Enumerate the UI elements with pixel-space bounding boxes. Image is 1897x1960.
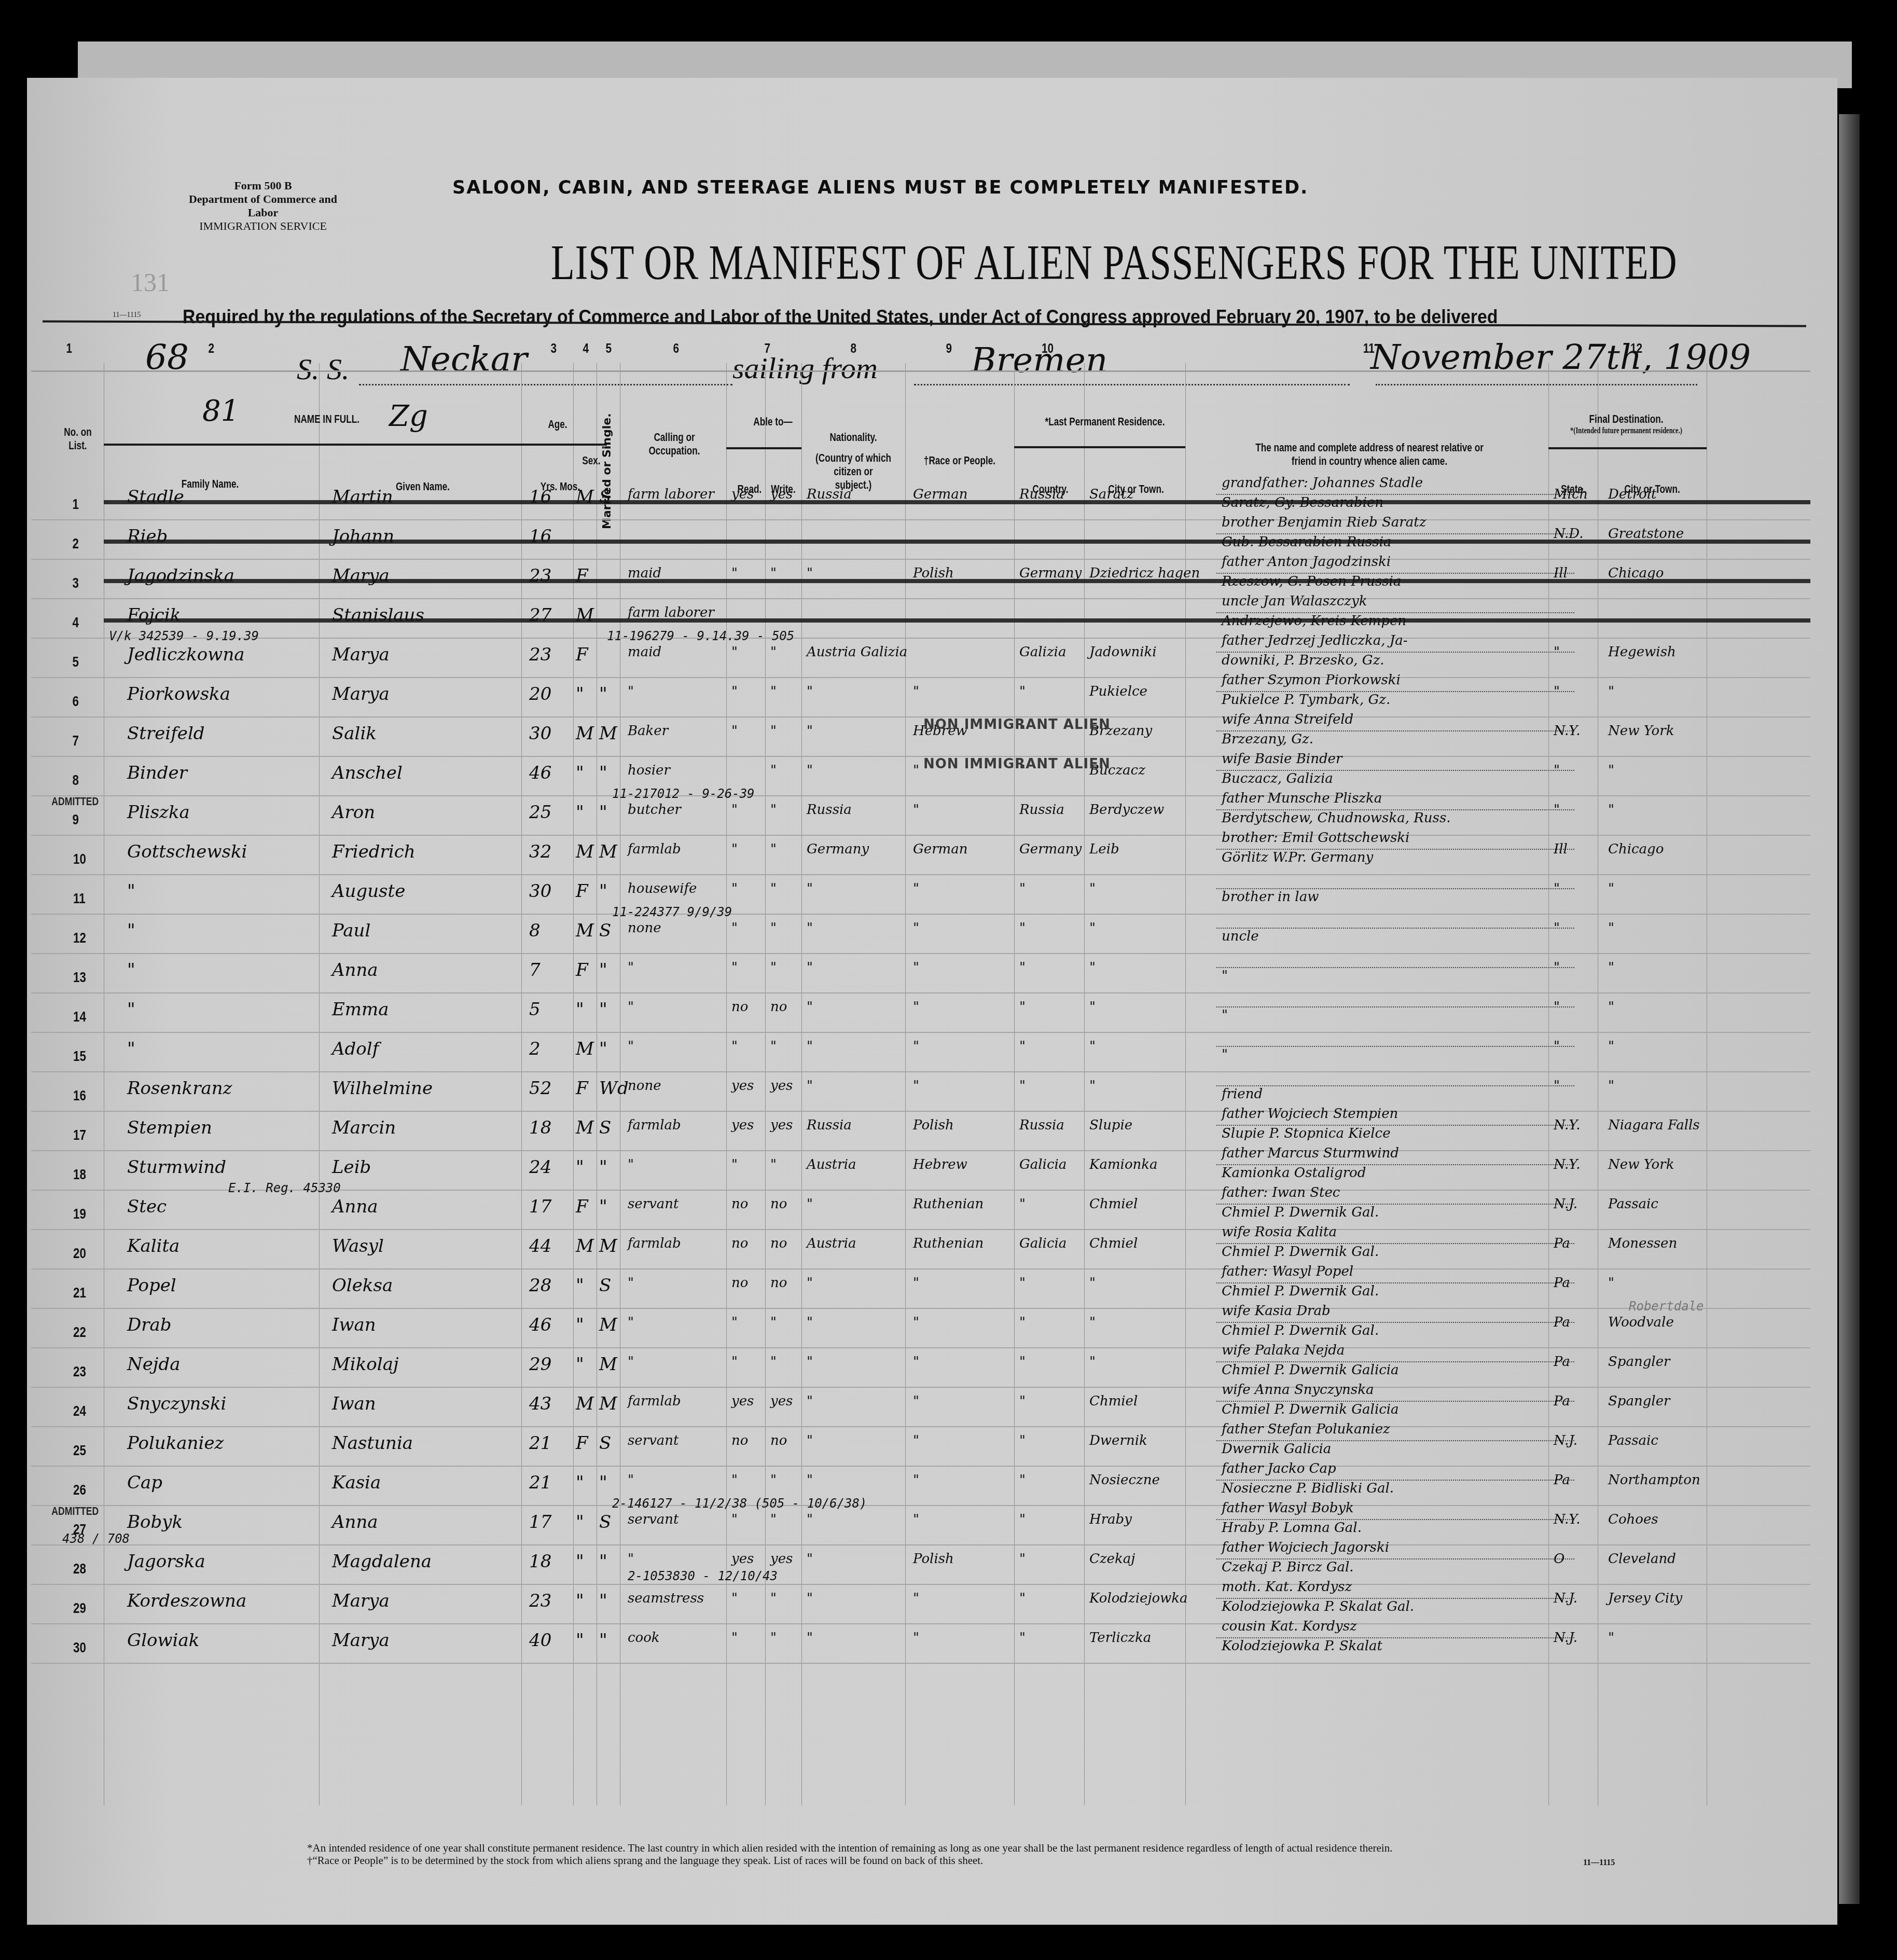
table-row: 15 " Adolf 2 M " " " " " " " " " " " bbox=[31, 1034, 1810, 1072]
family-name: Nejda bbox=[127, 1354, 180, 1375]
destination-state: " bbox=[1554, 1078, 1560, 1094]
row-number: 13 bbox=[73, 969, 86, 986]
occupation: maid bbox=[628, 565, 661, 581]
row-number: 9 bbox=[73, 811, 79, 828]
faint-page-stamp: 131 bbox=[131, 267, 170, 297]
occupation: Baker bbox=[628, 723, 668, 739]
age: 23 bbox=[529, 565, 551, 586]
row-number: 22 bbox=[73, 1324, 86, 1341]
residence-city: Chmiel bbox=[1089, 1196, 1138, 1212]
column-number: 3 bbox=[550, 340, 557, 356]
row-number: 1 bbox=[73, 496, 79, 513]
column-number: 2 bbox=[208, 340, 214, 356]
can-write: no bbox=[770, 1236, 787, 1251]
relative-address: Brzezany, Gz. bbox=[1222, 731, 1313, 747]
given-name: Mikolaj bbox=[332, 1354, 398, 1375]
residence-country: " bbox=[1019, 1039, 1026, 1054]
department-name: Department of Commerce and Labor bbox=[175, 192, 351, 219]
residence-city: " bbox=[1089, 1354, 1096, 1370]
marital-status: " bbox=[599, 684, 607, 705]
age: 43 bbox=[529, 1393, 551, 1414]
race-or-people: " bbox=[913, 763, 919, 778]
occupation: none bbox=[628, 920, 661, 936]
family-name: Jagodzinska bbox=[127, 565, 234, 586]
sex: M bbox=[576, 1393, 594, 1414]
age: 18 bbox=[529, 1551, 551, 1572]
occupation: " bbox=[628, 960, 634, 975]
destination-state: Ill bbox=[1554, 841, 1568, 857]
can-read: " bbox=[731, 1354, 738, 1370]
given-name: Aron bbox=[332, 802, 375, 823]
destination-state: " bbox=[1554, 881, 1560, 896]
family-name: Stadle bbox=[127, 487, 184, 507]
destination-state: Ill bbox=[1554, 565, 1568, 581]
can-read: yes bbox=[731, 1117, 754, 1133]
can-write: " bbox=[770, 1591, 777, 1606]
residence-city: Chmiel bbox=[1089, 1393, 1138, 1409]
relative-address: Pukielce P. Tymbark, Gz. bbox=[1222, 692, 1390, 708]
table-row: 21 Popel Oleksa 28 " S " no no " " " " f… bbox=[31, 1271, 1810, 1309]
family-name: Polukaniez bbox=[127, 1433, 224, 1454]
marital-status: S bbox=[599, 1433, 611, 1454]
relative-address: Czekaj P. Bircz Gal. bbox=[1222, 1559, 1354, 1575]
destination-state: N.J. bbox=[1554, 1433, 1577, 1448]
residence-city: " bbox=[1089, 920, 1096, 936]
sex: M bbox=[576, 1236, 594, 1257]
table-row: 11 " Auguste 30 F " housewife " " " " " … bbox=[31, 877, 1810, 915]
marital-status: M bbox=[599, 1236, 617, 1257]
age: 25 bbox=[529, 802, 551, 823]
destination-city: " bbox=[1608, 763, 1614, 778]
race-or-people: " bbox=[913, 999, 919, 1015]
given-name: Leib bbox=[332, 1157, 371, 1178]
form-identification: Form 500 B Department of Commerce and La… bbox=[175, 179, 351, 233]
destination-city: " bbox=[1608, 920, 1614, 936]
can-read: " bbox=[731, 684, 738, 699]
column-number: 7 bbox=[764, 340, 770, 356]
can-read: " bbox=[731, 841, 738, 857]
occupation: " bbox=[628, 1157, 634, 1172]
row-number: 28 bbox=[73, 1561, 86, 1577]
marital-status: S bbox=[599, 487, 611, 507]
can-read: " bbox=[731, 920, 738, 936]
residence-country: Germany bbox=[1019, 565, 1082, 581]
race-or-people: " bbox=[913, 802, 919, 818]
column-number-rule bbox=[31, 370, 1810, 372]
destination-city: " bbox=[1608, 1039, 1614, 1054]
race-or-people: German bbox=[913, 487, 968, 502]
occupation: " bbox=[628, 1039, 634, 1054]
header-nationality: Nationality. bbox=[815, 431, 892, 444]
column-number: 11 bbox=[1363, 340, 1375, 356]
row-number: 8 bbox=[73, 772, 79, 789]
can-write: " bbox=[770, 723, 777, 739]
nationality: " bbox=[807, 723, 813, 739]
destination-city: " bbox=[1608, 684, 1614, 699]
row-annotation: E.I. Reg. 45330 bbox=[228, 1181, 341, 1195]
row-number: 4 bbox=[73, 614, 79, 631]
nationality: Russia bbox=[807, 487, 852, 502]
marital-status: " bbox=[599, 1472, 607, 1493]
residence-country: Russia bbox=[1019, 802, 1064, 818]
able-to-rule bbox=[726, 447, 801, 449]
sex: " bbox=[576, 1591, 584, 1611]
relative-address: Chmiel P. Dwernik Galicia bbox=[1222, 1362, 1399, 1378]
destination-city: Monessen bbox=[1608, 1236, 1677, 1251]
name-subheader-rule bbox=[104, 444, 607, 446]
relative-address: brother in law bbox=[1222, 889, 1319, 905]
occupation: " bbox=[628, 1551, 634, 1567]
race-or-people: " bbox=[913, 684, 919, 699]
nationality: Austria bbox=[807, 1157, 856, 1172]
table-row: 25 Polukaniez Nastunia 21 F S servant no… bbox=[31, 1429, 1810, 1467]
residence-country: " bbox=[1019, 881, 1026, 896]
age: 28 bbox=[529, 1275, 551, 1296]
family-name: Pliszka bbox=[127, 802, 190, 823]
sex: F bbox=[576, 565, 588, 586]
residence-city: " bbox=[1089, 960, 1096, 975]
age: 16 bbox=[529, 487, 551, 507]
relative-address: Dwernik Galicia bbox=[1222, 1441, 1331, 1457]
table-row: 5 Jedliczkowna Marya 23 F maid " " Austr… bbox=[31, 640, 1810, 678]
residence-city: Terliczka bbox=[1089, 1630, 1151, 1646]
can-write: " bbox=[770, 1315, 777, 1330]
relative-address: " bbox=[1222, 968, 1228, 984]
can-write: no bbox=[770, 999, 787, 1015]
can-write: " bbox=[770, 802, 777, 818]
nationality: " bbox=[807, 1315, 813, 1330]
residence-city: Kamionka bbox=[1089, 1157, 1158, 1172]
occupation: " bbox=[628, 684, 634, 699]
can-write: yes bbox=[770, 487, 793, 502]
relative-name: grandfather: Johannes Stadle bbox=[1222, 475, 1423, 491]
table-row: 8 Binder Anschel 46 " " hosier " " " " B… bbox=[31, 758, 1810, 796]
sex: F bbox=[576, 644, 588, 665]
given-name: Nastunia bbox=[332, 1433, 413, 1454]
nationality: " bbox=[807, 1630, 813, 1646]
can-write: yes bbox=[770, 1078, 793, 1094]
can-read: no bbox=[731, 1275, 748, 1291]
marital-status: S bbox=[599, 1117, 611, 1138]
relative-address: friend bbox=[1222, 1086, 1263, 1102]
can-write: " bbox=[770, 1630, 777, 1646]
table-row: 29 Kordeszowna Marya 23 " " seamstress "… bbox=[31, 1586, 1810, 1624]
row-number: 30 bbox=[73, 1639, 86, 1656]
manifest-warning: SALOON, CABIN, AND STEERAGE ALIENS MUST … bbox=[452, 177, 1417, 198]
column-number: 1 bbox=[66, 340, 72, 356]
race-or-people: " bbox=[913, 960, 919, 975]
race-or-people: " bbox=[913, 1591, 919, 1606]
family-name: Jedliczkowna bbox=[127, 644, 245, 665]
header-final-destination: Final Destination. bbox=[1568, 412, 1685, 426]
destination-state: " bbox=[1554, 960, 1560, 975]
sex: M bbox=[576, 605, 594, 626]
given-name: Paul bbox=[332, 920, 370, 941]
can-read: " bbox=[731, 1157, 738, 1172]
table-row: 22 Drab Iwan 46 " M " " " " " " " wife K… bbox=[31, 1310, 1810, 1348]
relative-dotted-line bbox=[1216, 928, 1574, 929]
residence-city: Pukielce bbox=[1089, 684, 1147, 699]
residence-city: " bbox=[1089, 881, 1096, 896]
sex: " bbox=[576, 999, 584, 1020]
table-row: 28 Jagorska Magdalena 18 " " " yes yes "… bbox=[31, 1547, 1810, 1585]
row-annotation: 11-196279 - 9.14.39 - 505 bbox=[607, 629, 794, 643]
row-number: 7 bbox=[73, 733, 79, 749]
relative-name: wife Basie Binder bbox=[1222, 751, 1342, 767]
table-row: 14 " Emma 5 " " " no no " " " " " " " bbox=[31, 995, 1810, 1033]
family-name: Binder bbox=[127, 763, 187, 783]
footer-notes: *An intended residence of one year shall… bbox=[307, 1842, 1708, 1867]
given-name: Marya bbox=[332, 684, 390, 705]
marital-status: " bbox=[599, 1591, 607, 1611]
family-name: Rosenkranz bbox=[127, 1078, 232, 1099]
family-name: Sturmwind bbox=[127, 1157, 226, 1178]
can-write: " bbox=[770, 1512, 777, 1527]
header-nearest-relative: The name and complete address of nearest… bbox=[1252, 441, 1487, 468]
destination-city: " bbox=[1608, 802, 1614, 818]
nationality: Germany bbox=[807, 841, 869, 857]
can-write: " bbox=[770, 960, 777, 975]
relative-address: downiki, P. Brzesko, Gz. bbox=[1222, 653, 1384, 668]
age: 44 bbox=[529, 1236, 551, 1257]
family-name: Jagorska bbox=[127, 1551, 205, 1572]
age: 46 bbox=[529, 763, 551, 783]
residence-city: Saratz bbox=[1089, 487, 1133, 502]
given-name: Anna bbox=[332, 1196, 378, 1217]
can-read: yes bbox=[731, 1393, 754, 1409]
nationality: " bbox=[807, 1354, 813, 1370]
row-annotation-left: V/k 342539 - 9.19.39 bbox=[109, 629, 259, 643]
destination-city: " bbox=[1608, 1275, 1614, 1291]
race-or-people: Polish bbox=[913, 1117, 954, 1133]
given-name: Oleksa bbox=[332, 1275, 393, 1296]
occupation: " bbox=[628, 1275, 634, 1291]
can-write: yes bbox=[770, 1551, 793, 1567]
marital-status: " bbox=[599, 1196, 607, 1217]
nationality: Austria bbox=[807, 1236, 856, 1251]
occupation: farmlab bbox=[628, 1236, 681, 1251]
header-calling-occupation: Calling or Occupation. bbox=[642, 431, 707, 458]
occupation: farm laborer bbox=[628, 487, 714, 502]
relative-name: father Stefan Polukaniez bbox=[1222, 1421, 1390, 1437]
destination-city: Passaic bbox=[1608, 1196, 1658, 1212]
non-immigrant-stamp: NON IMMIGRANT ALIEN bbox=[923, 717, 1111, 733]
race-or-people: " bbox=[913, 1472, 919, 1488]
nationality: " bbox=[807, 565, 813, 581]
sex: F bbox=[576, 1196, 588, 1217]
residence-country: " bbox=[1019, 1354, 1026, 1370]
header-final-destination-sub: *(Intended future permanent residence.) bbox=[1568, 426, 1685, 436]
sex: " bbox=[576, 1275, 584, 1296]
can-write: " bbox=[770, 644, 777, 660]
family-name: Snyczynski bbox=[127, 1393, 226, 1414]
can-read: " bbox=[731, 960, 738, 975]
destination-state: N.D. bbox=[1554, 526, 1584, 542]
destination-city: " bbox=[1608, 881, 1614, 896]
relative-address: Chmiel P. Dwernik Gal. bbox=[1222, 1323, 1379, 1338]
nationality: " bbox=[807, 999, 813, 1015]
residence-country: " bbox=[1019, 1275, 1026, 1291]
race-or-people: " bbox=[913, 1275, 919, 1291]
race-or-people: Polish bbox=[913, 565, 954, 581]
row-number: 20 bbox=[73, 1245, 86, 1262]
destination-state: " bbox=[1554, 999, 1560, 1015]
sex: M bbox=[576, 920, 594, 941]
relative-address: Nosieczne P. Bidliski Gal. bbox=[1222, 1481, 1394, 1496]
header-no-on-list: No. on List. bbox=[58, 425, 98, 452]
occupation: " bbox=[628, 999, 634, 1015]
occupation: housewife bbox=[628, 881, 697, 896]
family-name: " bbox=[127, 881, 135, 902]
destination-state: " bbox=[1554, 644, 1560, 660]
age: 27 bbox=[529, 605, 551, 626]
row-number: 17 bbox=[73, 1127, 86, 1143]
destination-state: O bbox=[1554, 1551, 1564, 1567]
nationality: Russia bbox=[807, 1117, 852, 1133]
marital-status: " bbox=[599, 1157, 607, 1178]
sex: " bbox=[576, 1472, 584, 1493]
relative-address: Görlitz W.Pr. Germany bbox=[1222, 850, 1373, 865]
destination-city: " bbox=[1608, 1630, 1614, 1646]
table-row: 30 Glowiak Marya 40 " " cook " " " " " T… bbox=[31, 1626, 1810, 1664]
residence-country: " bbox=[1019, 1078, 1026, 1094]
destination-state: Pa bbox=[1554, 1315, 1570, 1330]
table-row: 10 Gottschewski Friedrich 32 M M farmlab… bbox=[31, 837, 1810, 875]
row-annotation: 2-146127 - 11/2/38 (505 - 10/6/38) bbox=[612, 1496, 867, 1511]
can-read: " bbox=[731, 644, 738, 660]
occupation: farmlab bbox=[628, 841, 681, 857]
marital-status: M bbox=[599, 1354, 617, 1375]
occupation: farmlab bbox=[628, 1393, 681, 1409]
relative-address: uncle bbox=[1222, 929, 1259, 944]
destination-city: Jersey City bbox=[1608, 1591, 1682, 1606]
occupation: hosier bbox=[628, 763, 670, 778]
residence-city: " bbox=[1089, 1275, 1096, 1291]
marital-status: " bbox=[599, 763, 607, 783]
sex: F bbox=[576, 881, 588, 902]
destination-state: " bbox=[1554, 802, 1560, 818]
column-number: 10 bbox=[1042, 340, 1054, 356]
final-destination-rule bbox=[1548, 447, 1707, 449]
destination-city: Woodvale bbox=[1608, 1315, 1674, 1330]
relative-name: father Wasyl Bobyk bbox=[1222, 1500, 1354, 1516]
marital-status: M bbox=[599, 1315, 617, 1335]
can-write: " bbox=[770, 1354, 777, 1370]
destination-city: Detroit bbox=[1608, 487, 1657, 502]
destination-city: Northampton bbox=[1608, 1472, 1700, 1488]
relative-name: brother: Emil Gottschewski bbox=[1222, 830, 1409, 846]
header-race-or-people: †Race or People. bbox=[919, 454, 1000, 467]
nationality: " bbox=[807, 1039, 813, 1054]
given-name: Emma bbox=[332, 999, 389, 1020]
row-annotation: Robertdale bbox=[1629, 1299, 1704, 1314]
row-number: 15 bbox=[73, 1048, 86, 1065]
can-write: " bbox=[770, 881, 777, 896]
row-number: 5 bbox=[73, 654, 79, 670]
form-number: Form 500 B bbox=[175, 179, 351, 192]
age: 2 bbox=[529, 1039, 541, 1059]
age: 30 bbox=[529, 881, 551, 902]
destination-city: Cohoes bbox=[1608, 1512, 1658, 1527]
can-read: yes bbox=[731, 1078, 754, 1094]
age: 40 bbox=[529, 1630, 551, 1651]
can-write: no bbox=[770, 1275, 787, 1291]
residence-country: " bbox=[1019, 1630, 1026, 1646]
residence-country: Galicia bbox=[1019, 1236, 1067, 1251]
header-age: Age. bbox=[537, 418, 578, 431]
destination-city: " bbox=[1608, 999, 1614, 1015]
race-or-people: " bbox=[913, 1630, 919, 1646]
age: 18 bbox=[529, 1117, 551, 1138]
sex: " bbox=[576, 1315, 584, 1335]
age: 8 bbox=[529, 920, 541, 941]
relative-name: father Wojciech Jagorski bbox=[1222, 1540, 1389, 1555]
age: 20 bbox=[529, 684, 551, 705]
occupation: seamstress bbox=[628, 1591, 704, 1606]
can-write: " bbox=[770, 920, 777, 936]
nationality: " bbox=[807, 1472, 813, 1488]
family-name: Kalita bbox=[127, 1236, 179, 1257]
relative-address: Hraby P. Lomna Gal. bbox=[1222, 1520, 1362, 1536]
relative-address: Saratz, Gy. Bessarabien bbox=[1222, 495, 1383, 510]
row-number: 18 bbox=[73, 1166, 86, 1183]
given-name: Wasyl bbox=[332, 1236, 384, 1257]
destination-state: " bbox=[1554, 684, 1560, 699]
given-name: Iwan bbox=[332, 1393, 376, 1414]
destination-state: Pa bbox=[1554, 1236, 1570, 1251]
given-name: Friedrich bbox=[332, 841, 416, 862]
race-or-people: " bbox=[913, 881, 919, 896]
can-read: no bbox=[731, 1236, 748, 1251]
family-name: Glowiak bbox=[127, 1630, 199, 1651]
race-or-people: " bbox=[913, 1512, 919, 1527]
can-write: yes bbox=[770, 1393, 793, 1409]
age: 17 bbox=[529, 1196, 551, 1217]
destination-state: " bbox=[1554, 763, 1560, 778]
residence-city: " bbox=[1089, 1078, 1096, 1094]
given-name: Adolf bbox=[332, 1039, 379, 1059]
column-number-row: 1 2 3 4 5 6 7 8 9 10 11 12 bbox=[31, 340, 1738, 361]
sex: " bbox=[576, 763, 584, 783]
relative-address: Chmiel P. Dwernik Galicia bbox=[1222, 1402, 1399, 1417]
marital-status: " bbox=[599, 802, 607, 823]
marital-status: M bbox=[599, 1393, 617, 1414]
relative-name: father Wojciech Stempien bbox=[1222, 1106, 1398, 1122]
table-row: 23 Nejda Mikolaj 29 " M " " " " " " " wi… bbox=[31, 1350, 1810, 1388]
sex: " bbox=[576, 802, 584, 823]
sex: F bbox=[576, 960, 588, 981]
family-name: " bbox=[127, 920, 135, 941]
residence-country: " bbox=[1019, 999, 1026, 1015]
row-number: 16 bbox=[73, 1087, 86, 1104]
family-name: Popel bbox=[127, 1275, 176, 1296]
race-or-people: Polish bbox=[913, 1551, 954, 1567]
occupation: " bbox=[628, 1315, 634, 1330]
nationality: " bbox=[807, 1393, 813, 1409]
column-number: 6 bbox=[673, 340, 679, 356]
marital-status: M bbox=[599, 723, 617, 744]
marital-status: " bbox=[599, 881, 607, 902]
destination-state: N.Y. bbox=[1554, 1117, 1580, 1133]
relative-address: Kamionka Ostaligrod bbox=[1222, 1165, 1366, 1181]
page-stack-edge bbox=[1839, 114, 1860, 1904]
residence-city: " bbox=[1089, 1315, 1096, 1330]
destination-city: Spangler bbox=[1608, 1393, 1670, 1409]
marital-status: " bbox=[599, 1039, 607, 1059]
residence-country: Galicia bbox=[1019, 1157, 1067, 1172]
given-name: Marya bbox=[332, 1591, 390, 1611]
destination-state: " bbox=[1554, 1039, 1560, 1054]
